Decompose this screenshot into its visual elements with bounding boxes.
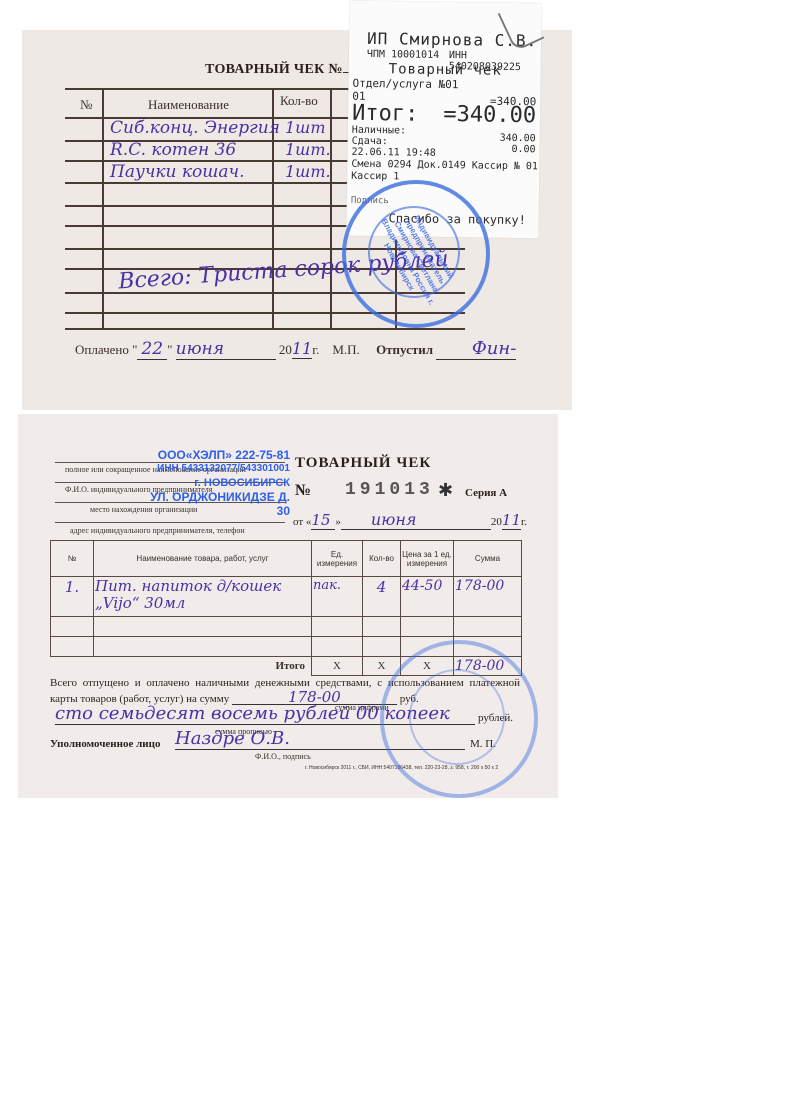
caption-fio-signature: Ф.И.О., подпись <box>255 752 311 761</box>
col-header: Наименование товара, работ, услуг <box>94 541 312 577</box>
slip-total-value: =340.00 <box>443 102 536 128</box>
row-name: R.C. котен 36 <box>110 140 236 160</box>
col-header: № <box>51 541 94 577</box>
col-header-qty: Кол-во <box>280 93 318 109</box>
row-name: Сиб.конц. Энергия <box>110 118 280 138</box>
number-label: № <box>295 482 311 500</box>
slip-chpm: ЧПМ 10001014 <box>367 49 439 61</box>
slip-cash-value: 340.00 <box>500 133 536 145</box>
series: Серия А <box>465 487 507 499</box>
slip-change-value: 0.00 <box>511 144 535 155</box>
receipt-date: от «15»июня2011г. <box>293 510 527 530</box>
table-line <box>65 88 350 90</box>
asterisk-icon: ✱ <box>438 480 453 501</box>
total-label: Итого <box>94 657 312 676</box>
table-line <box>65 328 465 330</box>
table-line <box>65 205 365 207</box>
col-header: Ед. измерения <box>312 541 363 577</box>
org-stamp: ООО«ХЭЛП» 222-75-81 ИНН 5433132077/54330… <box>140 448 290 518</box>
slip-dept: Отдел/услуга №01 <box>352 77 458 91</box>
col-header-name: Наименование <box>148 97 229 113</box>
slip-title: Товарный чек <box>389 61 502 79</box>
row-qty: 1шт. <box>285 162 331 181</box>
round-stamp-top: Индивидуальный предприниматель Смирнова … <box>342 180 490 328</box>
col-header-number: № <box>80 97 92 113</box>
slip-total-label: Итог: <box>352 101 419 127</box>
authorized-label: Уполномоченное лицо <box>50 738 160 750</box>
caption-address: адрес индивидуального предпринимателя, т… <box>70 526 245 535</box>
col-header: Цена за 1 ед. измерения <box>401 541 454 577</box>
round-stamp-bottom <box>380 640 538 798</box>
slip-change-label: Сдача: <box>352 136 388 148</box>
col-header: Кол-во <box>363 541 401 577</box>
receipt-bottom-title: ТОВАРНЫЙ ЧЕК <box>295 455 431 472</box>
col-header: Сумма <box>454 541 522 577</box>
row-qty: 1шт <box>285 118 326 137</box>
table-line <box>65 182 350 184</box>
slip-datetime: 22.06.11 19:48 <box>351 147 435 159</box>
table-vline <box>102 88 104 328</box>
slip-cashier: Кассир 1 <box>351 171 399 183</box>
table-row: 1. Пит. напиток д/кошек „Vijo“ 30мл пак.… <box>51 577 522 617</box>
paid-line: Оплачено "22" июня 2011г. М.П. Отпустил … <box>75 338 516 360</box>
receipt-number: 191013 <box>345 480 434 500</box>
slip-cash-label: Наличные: <box>352 125 406 137</box>
row-qty: 1шт. <box>285 140 331 159</box>
row-name: Паучки кошач. <box>110 162 245 182</box>
table-vline <box>330 88 332 328</box>
